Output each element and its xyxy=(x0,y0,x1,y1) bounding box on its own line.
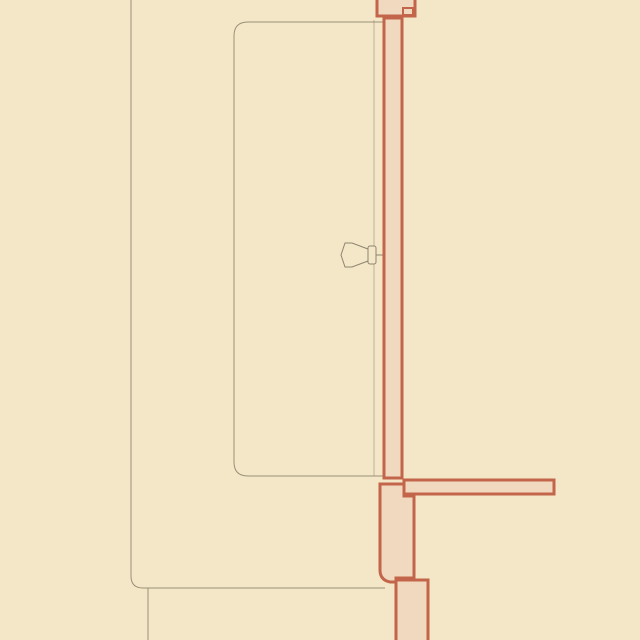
shelf xyxy=(404,480,554,494)
drawing-sheet xyxy=(0,0,640,640)
stile-upper xyxy=(384,18,402,478)
paper-background xyxy=(0,0,640,640)
architectural-drawing xyxy=(0,0,640,640)
mid-block xyxy=(380,484,414,582)
lower-block-fill xyxy=(396,580,428,640)
top-notch xyxy=(403,8,413,15)
